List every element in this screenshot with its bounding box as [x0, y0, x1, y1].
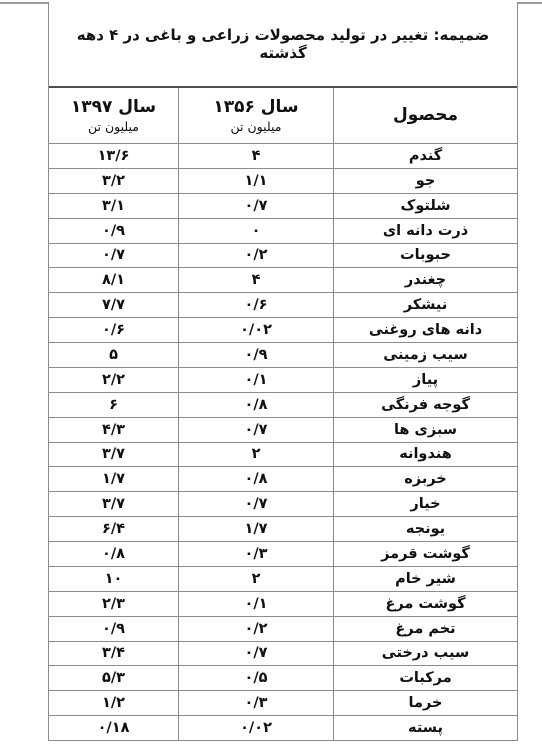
value-1397-cell: ۷/۷: [49, 293, 178, 317]
product-name-cell: نیشکر: [333, 293, 517, 317]
value-1356-cell: ۰/۹: [178, 343, 333, 367]
value-1397-cell: ۰/۹: [49, 617, 178, 641]
value-1356-cell: ۰/۱: [178, 368, 333, 392]
value-1356-cell: ۰/۷: [178, 642, 333, 666]
header-year-1397: سال ۱۳۹۷ میلیون تن: [49, 88, 178, 143]
table-row: ذرت دانه ای ۰ ۰/۹: [49, 219, 517, 244]
table-row: پیاز ۰/۱ ۲/۲: [49, 368, 517, 393]
header-product-label: محصول: [393, 105, 458, 126]
value-1356-cell: ۰/۰۲: [178, 318, 333, 342]
value-1397-cell: ۰/۱۸: [49, 716, 178, 740]
product-name-cell: هندوانه: [333, 443, 517, 467]
table-row: مرکبات ۰/۵ ۵/۳: [49, 666, 517, 691]
product-name-cell: تخم مرغ: [333, 617, 517, 641]
value-1356-cell: ۰/۷: [178, 418, 333, 442]
header-year-1397-unit: میلیون تن: [88, 119, 139, 134]
value-1397-cell: ۲/۳: [49, 592, 178, 616]
table-row: خیار ۰/۷ ۳/۷: [49, 492, 517, 517]
value-1356-cell: ۰/۶: [178, 293, 333, 317]
product-name-cell: سیب درختی: [333, 642, 517, 666]
production-table: ضمیمه: تغییر در تولید محصولات زراعی و با…: [48, 2, 518, 741]
value-1397-cell: ۳/۱: [49, 194, 178, 218]
product-name-cell: خیار: [333, 492, 517, 516]
table-row: خرما ۰/۳ ۱/۲: [49, 691, 517, 716]
product-name-cell: یونجه: [333, 517, 517, 541]
value-1356-cell: ۰/۳: [178, 691, 333, 715]
table-row: شیر خام ۲ ۱۰: [49, 567, 517, 592]
header-year-1356-label: سال ۱۳۵۶: [213, 97, 298, 118]
table-row: خربزه ۰/۸ ۱/۷: [49, 467, 517, 492]
value-1397-cell: ۳/۷: [49, 492, 178, 516]
product-name-cell: جو: [333, 169, 517, 193]
value-1356-cell: ۰/۷: [178, 492, 333, 516]
table-row: تخم مرغ ۰/۲ ۰/۹: [49, 617, 517, 642]
value-1397-cell: ۴/۳: [49, 418, 178, 442]
product-name-cell: پیاز: [333, 368, 517, 392]
table-row: جو ۱/۱ ۳/۲: [49, 169, 517, 194]
value-1356-cell: ۲: [178, 443, 333, 467]
table-row: دانه های روغنی ۰/۰۲ ۰/۶: [49, 318, 517, 343]
header-product: محصول: [333, 88, 517, 143]
value-1356-cell: ۰/۳: [178, 542, 333, 566]
value-1397-cell: ۳/۴: [49, 642, 178, 666]
product-name-cell: گوجه فرنگی: [333, 393, 517, 417]
product-name-cell: سبزی ها: [333, 418, 517, 442]
product-name-cell: پسته: [333, 716, 517, 740]
value-1356-cell: ۴: [178, 144, 333, 168]
header-year-1397-label: سال ۱۳۹۷: [71, 97, 156, 118]
header-year-1356: سال ۱۳۵۶ میلیون تن: [178, 88, 333, 143]
product-name-cell: گندم: [333, 144, 517, 168]
header-year-1356-unit: میلیون تن: [231, 119, 282, 134]
table-row: شلتوک ۰/۷ ۳/۱: [49, 194, 517, 219]
table-row: حبوبات ۰/۲ ۰/۷: [49, 244, 517, 269]
value-1397-cell: ۰/۶: [49, 318, 178, 342]
product-name-cell: حبوبات: [333, 244, 517, 268]
page: ضمیمه: تغییر در تولید محصولات زراعی و با…: [0, 0, 542, 746]
table-title: ضمیمه: تغییر در تولید محصولات زراعی و با…: [49, 2, 517, 88]
product-name-cell: گوشت قرمز: [333, 542, 517, 566]
table-header: محصول سال ۱۳۵۶ میلیون تن سال ۱۳۹۷ میلیون…: [49, 88, 517, 144]
table-row: گندم ۴ ۱۳/۶: [49, 144, 517, 169]
product-name-cell: دانه های روغنی: [333, 318, 517, 342]
value-1356-cell: ۰/۲: [178, 617, 333, 641]
table-row: سیب زمینی ۰/۹ ۵: [49, 343, 517, 368]
table-body: گندم ۴ ۱۳/۶ جو ۱/۱ ۳/۲ شلتوک ۰/۷ ۳/۱ ذرت…: [49, 144, 517, 740]
table-row: نیشکر ۰/۶ ۷/۷: [49, 293, 517, 318]
product-name-cell: خربزه: [333, 467, 517, 491]
value-1397-cell: ۳/۲: [49, 169, 178, 193]
value-1356-cell: ۴: [178, 268, 333, 292]
value-1397-cell: ۱/۷: [49, 467, 178, 491]
value-1397-cell: ۰/۸: [49, 542, 178, 566]
value-1356-cell: ۰/۷: [178, 194, 333, 218]
value-1356-cell: ۰/۰۲: [178, 716, 333, 740]
product-name-cell: مرکبات: [333, 666, 517, 690]
table-row: گوشت قرمز ۰/۳ ۰/۸: [49, 542, 517, 567]
product-name-cell: خرما: [333, 691, 517, 715]
value-1356-cell: ۱/۱: [178, 169, 333, 193]
value-1397-cell: ۶: [49, 393, 178, 417]
value-1397-cell: ۵: [49, 343, 178, 367]
product-name-cell: گوشت مرغ: [333, 592, 517, 616]
table-row: چغندر ۴ ۸/۱: [49, 268, 517, 293]
value-1356-cell: ۰/۵: [178, 666, 333, 690]
product-name-cell: شلتوک: [333, 194, 517, 218]
product-name-cell: شیر خام: [333, 567, 517, 591]
value-1397-cell: ۰/۷: [49, 244, 178, 268]
value-1397-cell: ۶/۴: [49, 517, 178, 541]
value-1356-cell: ۱/۷: [178, 517, 333, 541]
value-1397-cell: ۵/۳: [49, 666, 178, 690]
value-1397-cell: ۲/۲: [49, 368, 178, 392]
product-name-cell: چغندر: [333, 268, 517, 292]
value-1397-cell: ۱۰: [49, 567, 178, 591]
table-row: گوشت مرغ ۰/۱ ۲/۳: [49, 592, 517, 617]
value-1356-cell: ۰/۸: [178, 467, 333, 491]
value-1356-cell: ۰/۲: [178, 244, 333, 268]
value-1356-cell: ۰/۸: [178, 393, 333, 417]
product-name-cell: ذرت دانه ای: [333, 219, 517, 243]
value-1356-cell: ۲: [178, 567, 333, 591]
value-1397-cell: ۸/۱: [49, 268, 178, 292]
value-1397-cell: ۱۳/۶: [49, 144, 178, 168]
table-row: یونجه ۱/۷ ۶/۴: [49, 517, 517, 542]
table-row: گوجه فرنگی ۰/۸ ۶: [49, 393, 517, 418]
value-1397-cell: ۳/۷: [49, 443, 178, 467]
product-name-cell: سیب زمینی: [333, 343, 517, 367]
value-1397-cell: ۱/۲: [49, 691, 178, 715]
table-row: سیب درختی ۰/۷ ۳/۴: [49, 642, 517, 667]
value-1356-cell: ۰/۱: [178, 592, 333, 616]
value-1397-cell: ۰/۹: [49, 219, 178, 243]
table-row: سبزی ها ۰/۷ ۴/۳: [49, 418, 517, 443]
value-1356-cell: ۰: [178, 219, 333, 243]
table-row: پسته ۰/۰۲ ۰/۱۸: [49, 716, 517, 740]
table-row: هندوانه ۲ ۳/۷: [49, 443, 517, 468]
